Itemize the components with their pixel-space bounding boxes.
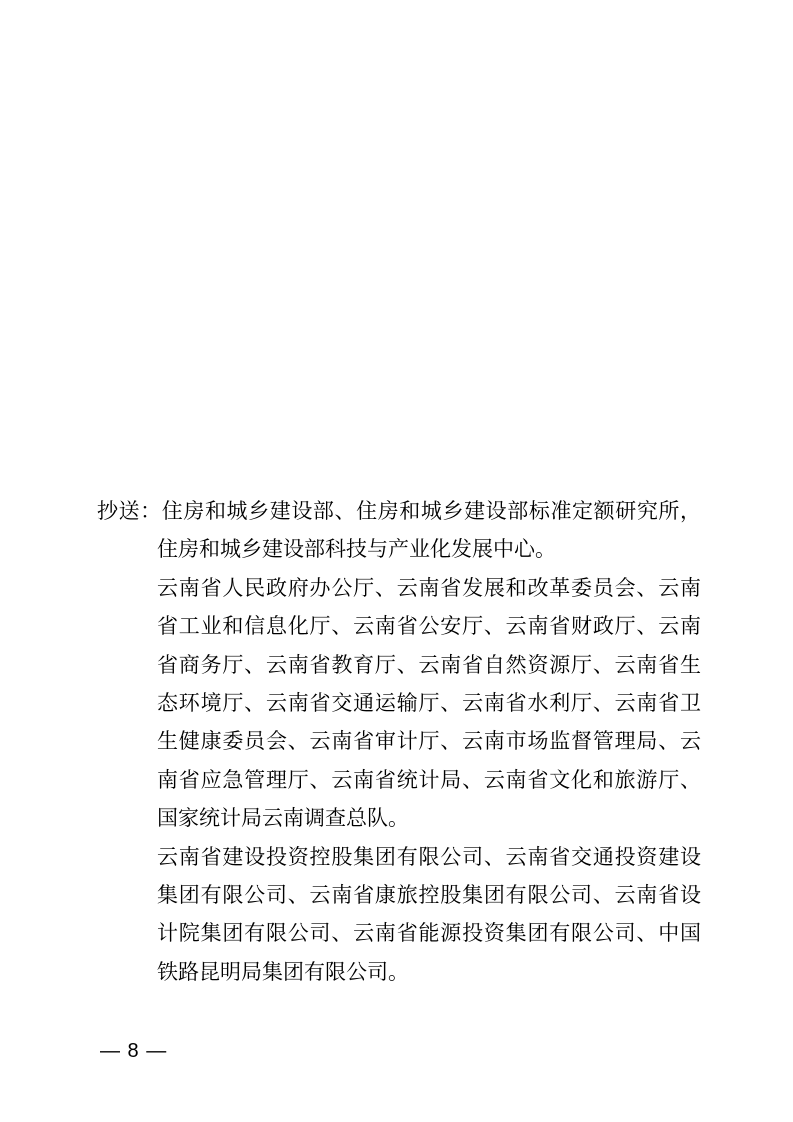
distribution-line: 住房和城乡建设部科技与产业化发展中心。: [157, 531, 701, 569]
distribution-line: 南省应急管理厅、云南省统计局、云南省文化和旅游厅、: [157, 762, 701, 800]
distribution-line-text: 住房和城乡建设部、住房和城乡建设部标准定额研究所，: [162, 500, 701, 523]
distribution-line: 云南省人民政府办公厅、云南省发展和改革委员会、云南: [157, 570, 701, 608]
distribution-line: 抄送：住房和城乡建设部、住房和城乡建设部标准定额研究所，: [97, 493, 701, 531]
distribution-line: 态环境厅、云南省交通运输厅、云南省水利厅、云南省卫: [157, 685, 701, 723]
document-page: 抄送：住房和城乡建设部、住房和城乡建设部标准定额研究所， 住房和城乡建设部科技与…: [0, 0, 793, 1122]
distribution-line: 省商务厅、云南省教育厅、云南省自然资源厅、云南省生: [157, 647, 701, 685]
copy-label: 抄送：: [97, 500, 162, 523]
distribution-line: 云南省建设投资控股集团有限公司、云南省交通投资建设: [157, 839, 701, 877]
distribution-line: 国家统计局云南调查总队。: [157, 800, 701, 838]
distribution-line: 集团有限公司、云南省康旅控股集团有限公司、云南省设: [157, 877, 701, 915]
distribution-line: 生健康委员会、云南省审计厅、云南市场监督管理局、云: [157, 723, 701, 761]
copy-distribution-note: 抄送：住房和城乡建设部、住房和城乡建设部标准定额研究所， 住房和城乡建设部科技与…: [97, 493, 701, 992]
distribution-line: 计院集团有限公司、云南省能源投资集团有限公司、中国: [157, 915, 701, 953]
distribution-line: 省工业和信息化厅、云南省公安厅、云南省财政厅、云南: [157, 608, 701, 646]
distribution-line: 铁路昆明局集团有限公司。: [157, 954, 701, 992]
page-number: — 8 —: [100, 1040, 167, 1063]
